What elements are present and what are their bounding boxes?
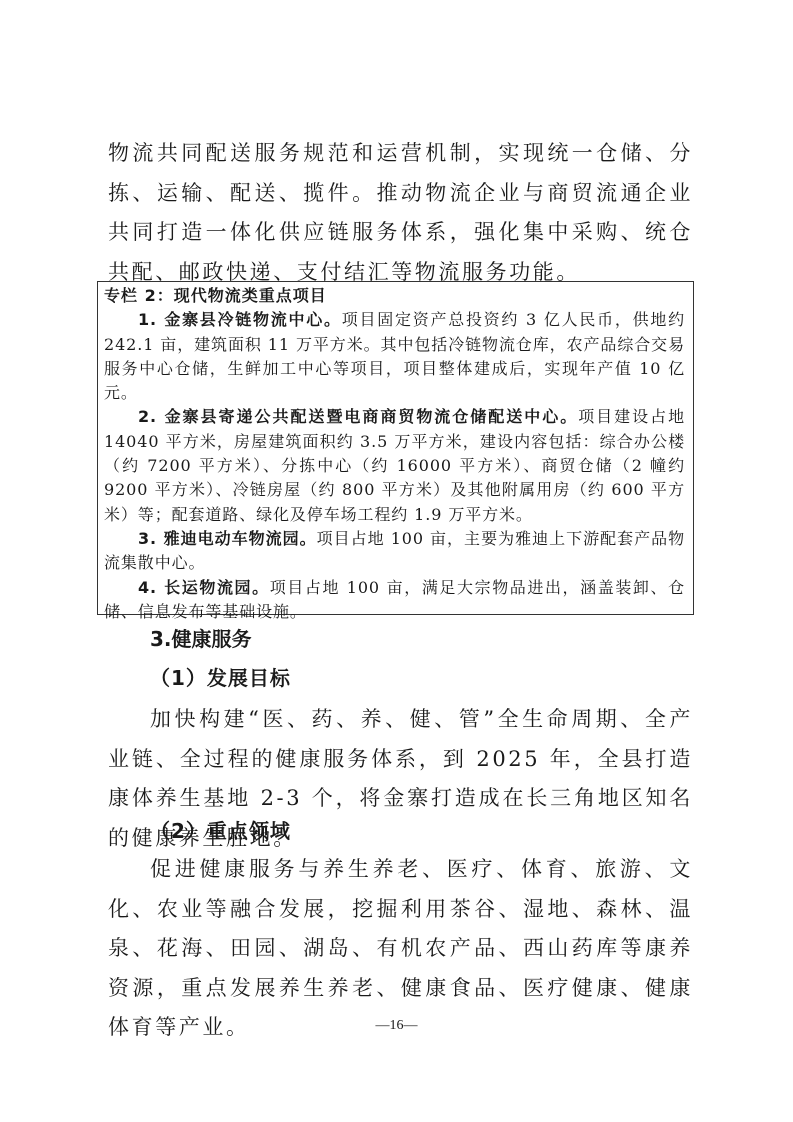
subsection-heading-focus-areas: （2）重点领域 [150,816,291,846]
document-page: 物流共同配送服务规范和运营机制，实现统一仓储、分拣、运输、配送、揽件。推动物流企… [0,0,793,1122]
project-item: 4. 长运物流园。项目占地 100 亩，满足大宗物品进出，涵盖装卸、仓储、信息发… [104,576,685,625]
feature-box-logistics-projects: 专栏 2：现代物流类重点项目 1. 金寨县冷链物流中心。项目固定资产总投资约 3… [97,281,694,615]
subsection-heading-goals: （1）发展目标 [150,663,291,693]
section-heading: 3.健康服务 [150,624,252,654]
project-name: 2. 金寨县寄递公共配送暨电商商贸物流仓储配送中心。 [138,407,578,426]
project-item: 1. 金寨县冷链物流中心。项目固定资产总投资约 3 亿人民币，供地约 242.1… [104,308,685,405]
project-name: 3. 雅迪电动车物流园。 [138,529,317,548]
project-item: 3. 雅迪电动车物流园。项目占地 100 亩，主要为雅迪上下游配套产品物流集散中… [104,527,685,576]
project-item: 2. 金寨县寄递公共配送暨电商商贸物流仓储配送中心。项目建设占地 14040 平… [104,405,685,526]
project-name: 4. 长运物流园。 [138,578,270,597]
box-title: 专栏 2：现代物流类重点项目 [104,284,685,308]
project-name: 1. 金寨县冷链物流中心。 [138,310,342,329]
page-number: —16— [0,1018,793,1034]
intro-paragraph: 物流共同配送服务规范和运营机制，实现统一仓储、分拣、运输、配送、揽件。推动物流企… [108,134,693,292]
